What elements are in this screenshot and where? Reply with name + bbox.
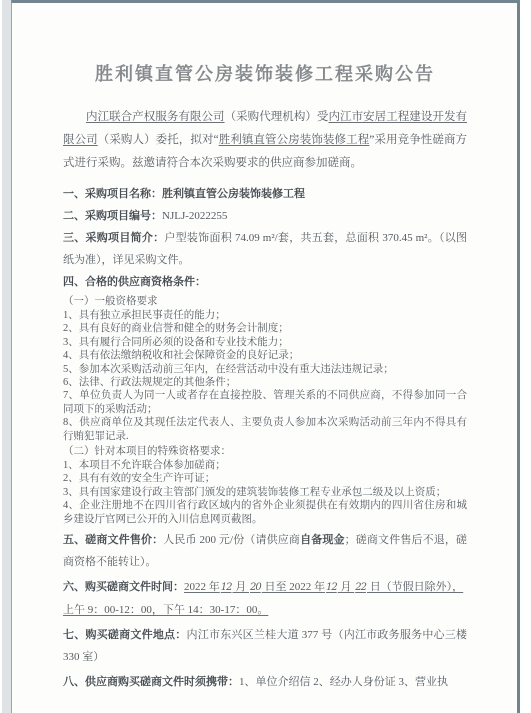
price-emphasis: 自备现金 — [300, 534, 345, 546]
special-clause-1: 1、本项目不允许联合体参加磋商； — [63, 459, 467, 472]
scanned-document: 胜利镇直管公房装饰装修工程采购公告 内江联合产权服务有限公司（采购代理机构）受内… — [0, 0, 531, 713]
time-text: 月 — [232, 581, 249, 593]
section-project-summary: 三、采购项目简介：户型装饰面积 74.09 m²/套，共五套，总面积 370.4… — [63, 227, 467, 271]
intro-paragraph: 内江联合产权服务有限公司（采购代理机构）受内江市安居工程建设开发有限公司（采购人… — [63, 106, 467, 175]
section-value: NJLJ-2022255 — [162, 210, 227, 222]
handwritten-day: 20 — [249, 582, 262, 593]
general-clause-2: 2、具有良好的商业信誉和健全的财务会计制度； — [63, 322, 467, 335]
special-clause-2: 2、具有有效的安全生产许可证； — [63, 472, 467, 485]
general-clause-1: 1、具有独立承担民事责任的能力； — [63, 309, 467, 322]
special-clause-3: 3、具有国家建设行政主管部门颁发的建筑装饰装修工程专业承包二级及以上资质； — [63, 486, 467, 499]
general-clause-3: 3、具有履行合同所必须的设备和专业技术能力； — [63, 336, 467, 349]
section-project-name: 一、采购项目名称：胜利镇直管公房装饰装修工程 — [63, 183, 467, 205]
general-clause-5: 5、参加本次采购活动前三年内，在经营活动中没有重大违法违规记录； — [63, 363, 467, 376]
section-label: 四、合格的供应商资格条件： — [63, 276, 206, 288]
section-qualification: 四、合格的供应商资格条件： — [63, 271, 467, 293]
section-label: 三、采购项目简介： — [63, 232, 164, 244]
scan-margin-strip — [2, 0, 11, 713]
section-document-price: 五、磋商文件售价：人民币 200 元/份（请供应商自备现金；磋商文件售后不退，磋… — [63, 529, 467, 573]
time-text: 日至 2022 年 — [262, 581, 325, 593]
section-required-documents: 八、供应商购买磋商文件时须携带：1、单位介绍信 2、经办人身份证 3、营业执 — [63, 671, 467, 693]
section-label: 六、购买磋商文件时间： — [63, 581, 184, 593]
time-text: 2022 年 — [184, 581, 220, 593]
general-clause-7: 7、单位负责人为同一人或者存在直接控股、管理关系的不同供应商，不得参加同一合同项… — [63, 389, 467, 416]
general-clause-8: 8、供应商单位及其现任法定代表人、主要负责人参加本次采购活动前三年内不得具有行贿… — [63, 416, 467, 443]
section-value: 胜利镇直管公房装饰装修工程 — [162, 188, 305, 200]
section-purchase-place: 七、购买磋商文件地点：内江市东兴区兰桂大道 377 号（内江市政务服务中心三楼 … — [63, 624, 467, 668]
handwritten-month: 12 — [220, 582, 233, 593]
time-hours: 上午 9：00-12：00，下午 14：30-17：00。 — [63, 604, 268, 616]
general-requirements-heading: （一）一般资格要求 — [63, 295, 467, 309]
special-requirements-heading: （二）针对本项目的特殊资格要求： — [63, 445, 467, 459]
section-project-number: 二、采购项目编号：NJLJ-2022255 — [63, 205, 467, 227]
project-name: 胜利镇直管公房装饰装修工程 — [219, 134, 370, 146]
general-clause-4: 4、具有依法缴纳税收和社会保障资金的良好记录； — [63, 349, 467, 362]
section-purchase-time: 六、购买磋商文件时间：2022 年12 月 20 日至 2022 年12 月 2… — [63, 576, 467, 621]
general-clause-6: 6、法律、行政法规规定的其他条件； — [63, 376, 467, 389]
price-text: 人民币 200 元/份（请供应商 — [163, 534, 300, 546]
section-label: 五、磋商文件售价： — [63, 534, 163, 546]
handwritten-month: 12 — [325, 582, 338, 593]
document-page: 胜利镇直管公房装饰装修工程采购公告 内江联合产权服务有限公司（采购代理机构）受内… — [11, 0, 520, 713]
time-text: 日（节假日除外）， — [367, 581, 463, 593]
agency-name: 内江联合产权服务有限公司 — [86, 111, 225, 123]
time-text: 月 — [338, 581, 355, 593]
bring-text: 1、单位介绍信 2、经办人身份证 3、营业执 — [239, 676, 448, 688]
section-label: 八、供应商购买磋商文件时须携带： — [63, 676, 239, 688]
handwritten-day: 22 — [354, 582, 367, 593]
special-clause-4: 4、企业注册地不在四川省行政区域内的省外企业须提供在有效期内的四川省住房和城乡建… — [63, 499, 467, 526]
section-label: 一、采购项目名称： — [63, 188, 162, 200]
document-title: 胜利镇直管公房装饰装修工程采购公告 — [63, 60, 467, 86]
intro-text: （采购人）委托，拟对“ — [98, 134, 219, 146]
section-label: 七、购买磋商文件地点： — [63, 629, 187, 641]
intro-text: （采购代理机构）受 — [225, 111, 329, 123]
section-label: 二、采购项目编号： — [63, 210, 162, 222]
